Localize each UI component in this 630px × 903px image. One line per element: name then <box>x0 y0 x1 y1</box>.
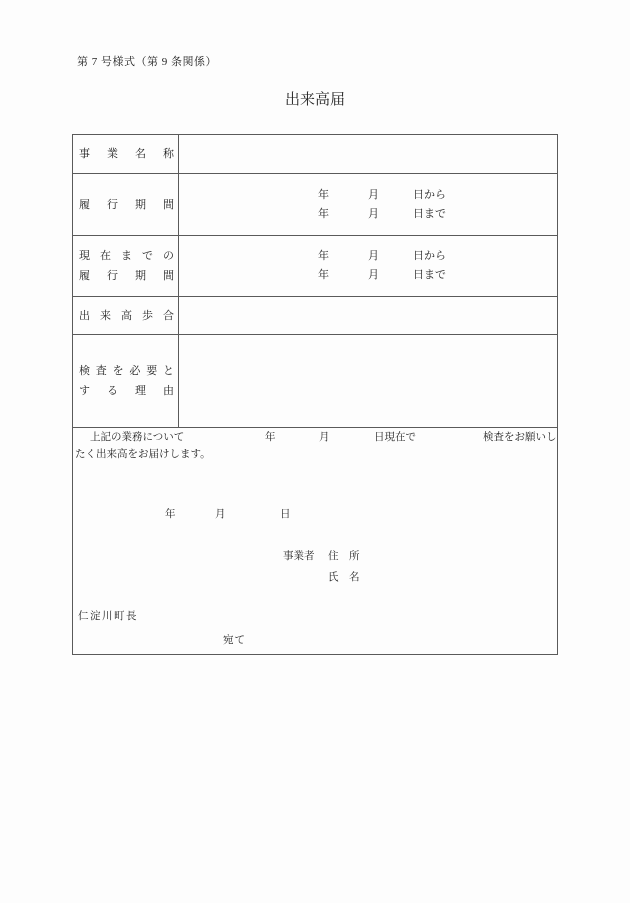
addressee-name: 仁淀川町長 <box>78 610 138 624</box>
row-label-text: 事業名称 <box>79 144 174 164</box>
month-label: 月 <box>368 266 379 285</box>
signer-label: 事業者 <box>283 550 315 564</box>
table-row-progress-rate: 出来高歩合 <box>73 297 557 335</box>
project-name-value-cell <box>179 135 557 173</box>
signer-name-label: 氏 名 <box>328 571 360 585</box>
date-month-label: 月 <box>215 508 226 522</box>
row-label-text: 検査を必要と <box>79 361 174 381</box>
year-label: 年 <box>318 266 329 285</box>
date-line-from: 年 月 日から <box>179 247 557 266</box>
table-row-project-name: 事業名称 <box>73 135 557 174</box>
year-label: 年 <box>265 431 276 445</box>
month-label: 月 <box>368 247 379 266</box>
date-day-label: 日 <box>280 508 291 522</box>
row-label-text: 履行期間 <box>79 195 174 215</box>
date-year-label: 年 <box>165 508 176 522</box>
day-from-label: 日から <box>413 247 446 266</box>
table-row-period-to-date: 現在までの 履行期間 年 月 日から 年 月 日まで <box>73 236 557 297</box>
row-label-period-to-date: 現在までの 履行期間 <box>73 236 179 296</box>
performance-period-value-cell: 年 月 日から 年 月 日まで <box>179 174 557 235</box>
day-to-label: 日まで <box>413 266 446 285</box>
form-number: 第 7 号様式（第 9 条関係） <box>77 55 217 69</box>
statement-lead: 上記の業務について <box>90 431 184 445</box>
statement-request: 検査をお願いし <box>483 431 557 445</box>
row-label-inspection-reason: 検査を必要と する理由 <box>73 335 179 427</box>
year-label: 年 <box>318 247 329 266</box>
row-label-progress-rate: 出来高歩合 <box>73 297 179 334</box>
month-label: 月 <box>368 205 379 224</box>
date-line-to: 年 月 日まで <box>179 266 557 285</box>
row-label-text: 出来高歩合 <box>79 306 174 326</box>
inspection-reason-value-cell <box>179 335 557 427</box>
addressee-suffix: 宛て <box>223 634 246 648</box>
row-label-text: 履行期間 <box>79 266 174 286</box>
period-to-date-value-cell: 年 月 日から 年 月 日まで <box>179 236 557 296</box>
document-page: 第 7 号様式（第 9 条関係） 出来高届 事業名称 履行期間 年 月 日から … <box>0 0 630 903</box>
statement-line2: たく出来高をお届けします。 <box>75 448 211 462</box>
table-footer-section: 上記の業務について 年 月 日現在で 検査をお願いし たく出来高をお届けします。… <box>73 428 557 654</box>
year-label: 年 <box>318 205 329 224</box>
form-table: 事業名称 履行期間 年 月 日から 年 月 日まで <box>72 134 558 655</box>
row-label-project-name: 事業名称 <box>73 135 179 173</box>
date-line-from: 年 月 日から <box>179 186 557 205</box>
day-as-of-label: 日現在で <box>374 431 416 445</box>
table-row-inspection-reason: 検査を必要と する理由 <box>73 335 557 428</box>
month-label: 月 <box>319 431 330 445</box>
date-line-to: 年 月 日まで <box>179 205 557 224</box>
row-label-performance-period: 履行期間 <box>73 174 179 235</box>
row-label-text: 現在までの <box>79 246 174 266</box>
day-to-label: 日まで <box>413 205 446 224</box>
progress-rate-value-cell <box>179 297 557 334</box>
year-label: 年 <box>318 186 329 205</box>
day-from-label: 日から <box>413 186 446 205</box>
row-label-text: する理由 <box>79 381 174 401</box>
table-row-performance-period: 履行期間 年 月 日から 年 月 日まで <box>73 174 557 236</box>
month-label: 月 <box>368 186 379 205</box>
page-title: 出来高届 <box>0 92 630 109</box>
signer-address-label: 住 所 <box>328 550 360 564</box>
